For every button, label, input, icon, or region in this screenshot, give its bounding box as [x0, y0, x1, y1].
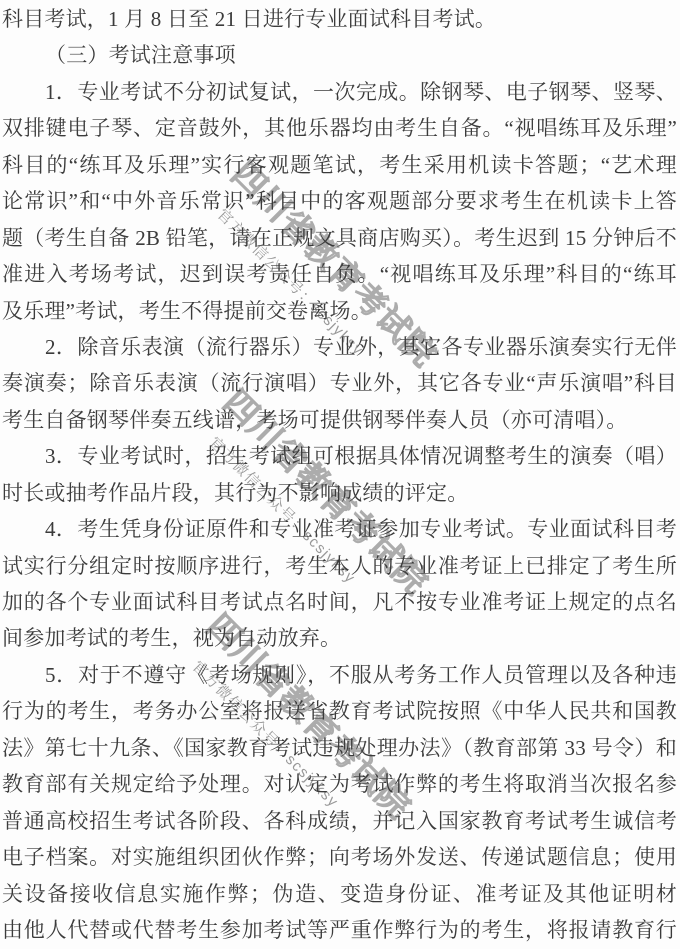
- text-line: 2．除音乐表演（流行器乐）专业外，其它各专业器乐演奏实行无伴: [2, 329, 677, 365]
- text-line: 科目的“练耳及乐理”实行客观题笔试，考生采用机读卡答题；“艺术理: [2, 147, 677, 183]
- text-line: 由他人代替或代替考生参加考试等严重作弊行为的考生，将报请教育行政: [2, 912, 677, 948]
- text-line: 科目考试，1 月 8 日至 21 日进行专业面试科目考试。: [2, 1, 677, 37]
- text-line: 时长或抽考作品片段，其行为不影响成绩的评定。: [2, 475, 677, 511]
- text-line: 普通高校招生考试各阶段、各科成绩，并记入国家教育考试考生诚信考试: [2, 803, 677, 839]
- text-line: 教育部有关规定给予处理。对认定为考试作弊的考生将取消当次报名参加: [2, 766, 677, 802]
- text-line: 准进入考场考试，迟到误考责任自负。“视唱练耳及乐理”科目的“练耳: [2, 256, 677, 292]
- scanned-document-page: 四川省教育考试院官方微信公众号：scsjyksy四川省教育考试院官方微信公众号：…: [0, 0, 680, 949]
- text-line: 试实行分组定时按顺序进行，考生本人的专业准考证上已排定了考生所参: [2, 548, 677, 584]
- text-line: 法》第七十九条、《国家教育考试违规处理办法》（教育部第 33 号令）和: [2, 730, 677, 766]
- text-line: 行为的考生，考务办公室将报送省教育考试院按照《中华人民共和国教育: [2, 693, 677, 729]
- text-line: 3．专业考试时，招生考试组可根据具体情况调整考生的演奏（唱）: [2, 438, 677, 474]
- text-line: 1．专业考试不分初试复试，一次完成。除钢琴、电子钢琴、竖琴、: [2, 74, 677, 110]
- text-line: 电子档案。对实施组织团伙作弊；向考场外发送、传递试题信息；使用相: [2, 839, 677, 875]
- document-lines: 科目考试，1 月 8 日至 21 日进行专业面试科目考试。（三）考试注意事项1．…: [0, 0, 680, 949]
- text-line: 奏演奏；除音乐表演（流行演唱）专业外，其它各专业“声乐演唱”科目: [2, 365, 677, 401]
- text-line: 4．考生凭身份证原件和专业准考证参加专业考试。专业面试科目考: [2, 511, 677, 547]
- text-line: 论常识”和“中外音乐常识”科目中的客观题部分要求考生在机读卡上答: [2, 183, 677, 219]
- text-line: 考生自备钢琴伴奏五线谱，考场可提供钢琴伴奏人员（亦可清唱）。: [2, 402, 677, 438]
- text-line: 双排键电子琴、定音鼓外，其他乐器均由考生自备。“视唱练耳及乐理”: [2, 110, 677, 146]
- text-line: 加的各个专业面试科目考试点名时间，凡不按专业准考证上规定的点名时: [2, 584, 677, 620]
- text-line: 及乐理”考试，考生不得提前交卷离场。: [2, 293, 677, 329]
- text-line: 题（考生自备 2B 铅笔，请在正规文具商店购买）。考生迟到 15 分钟后不: [2, 220, 677, 256]
- text-line: （三）考试注意事项: [2, 37, 677, 73]
- text-line: 5．对于不遵守《考场规则》，不服从考务工作人员管理以及各种违规: [2, 657, 677, 693]
- text-line: 关设备接收信息实施作弊；伪造、变造身份证、准考证及其他证明材料，: [2, 876, 677, 912]
- text-line: 间参加考试的考生，视为自动放弃。: [2, 620, 677, 656]
